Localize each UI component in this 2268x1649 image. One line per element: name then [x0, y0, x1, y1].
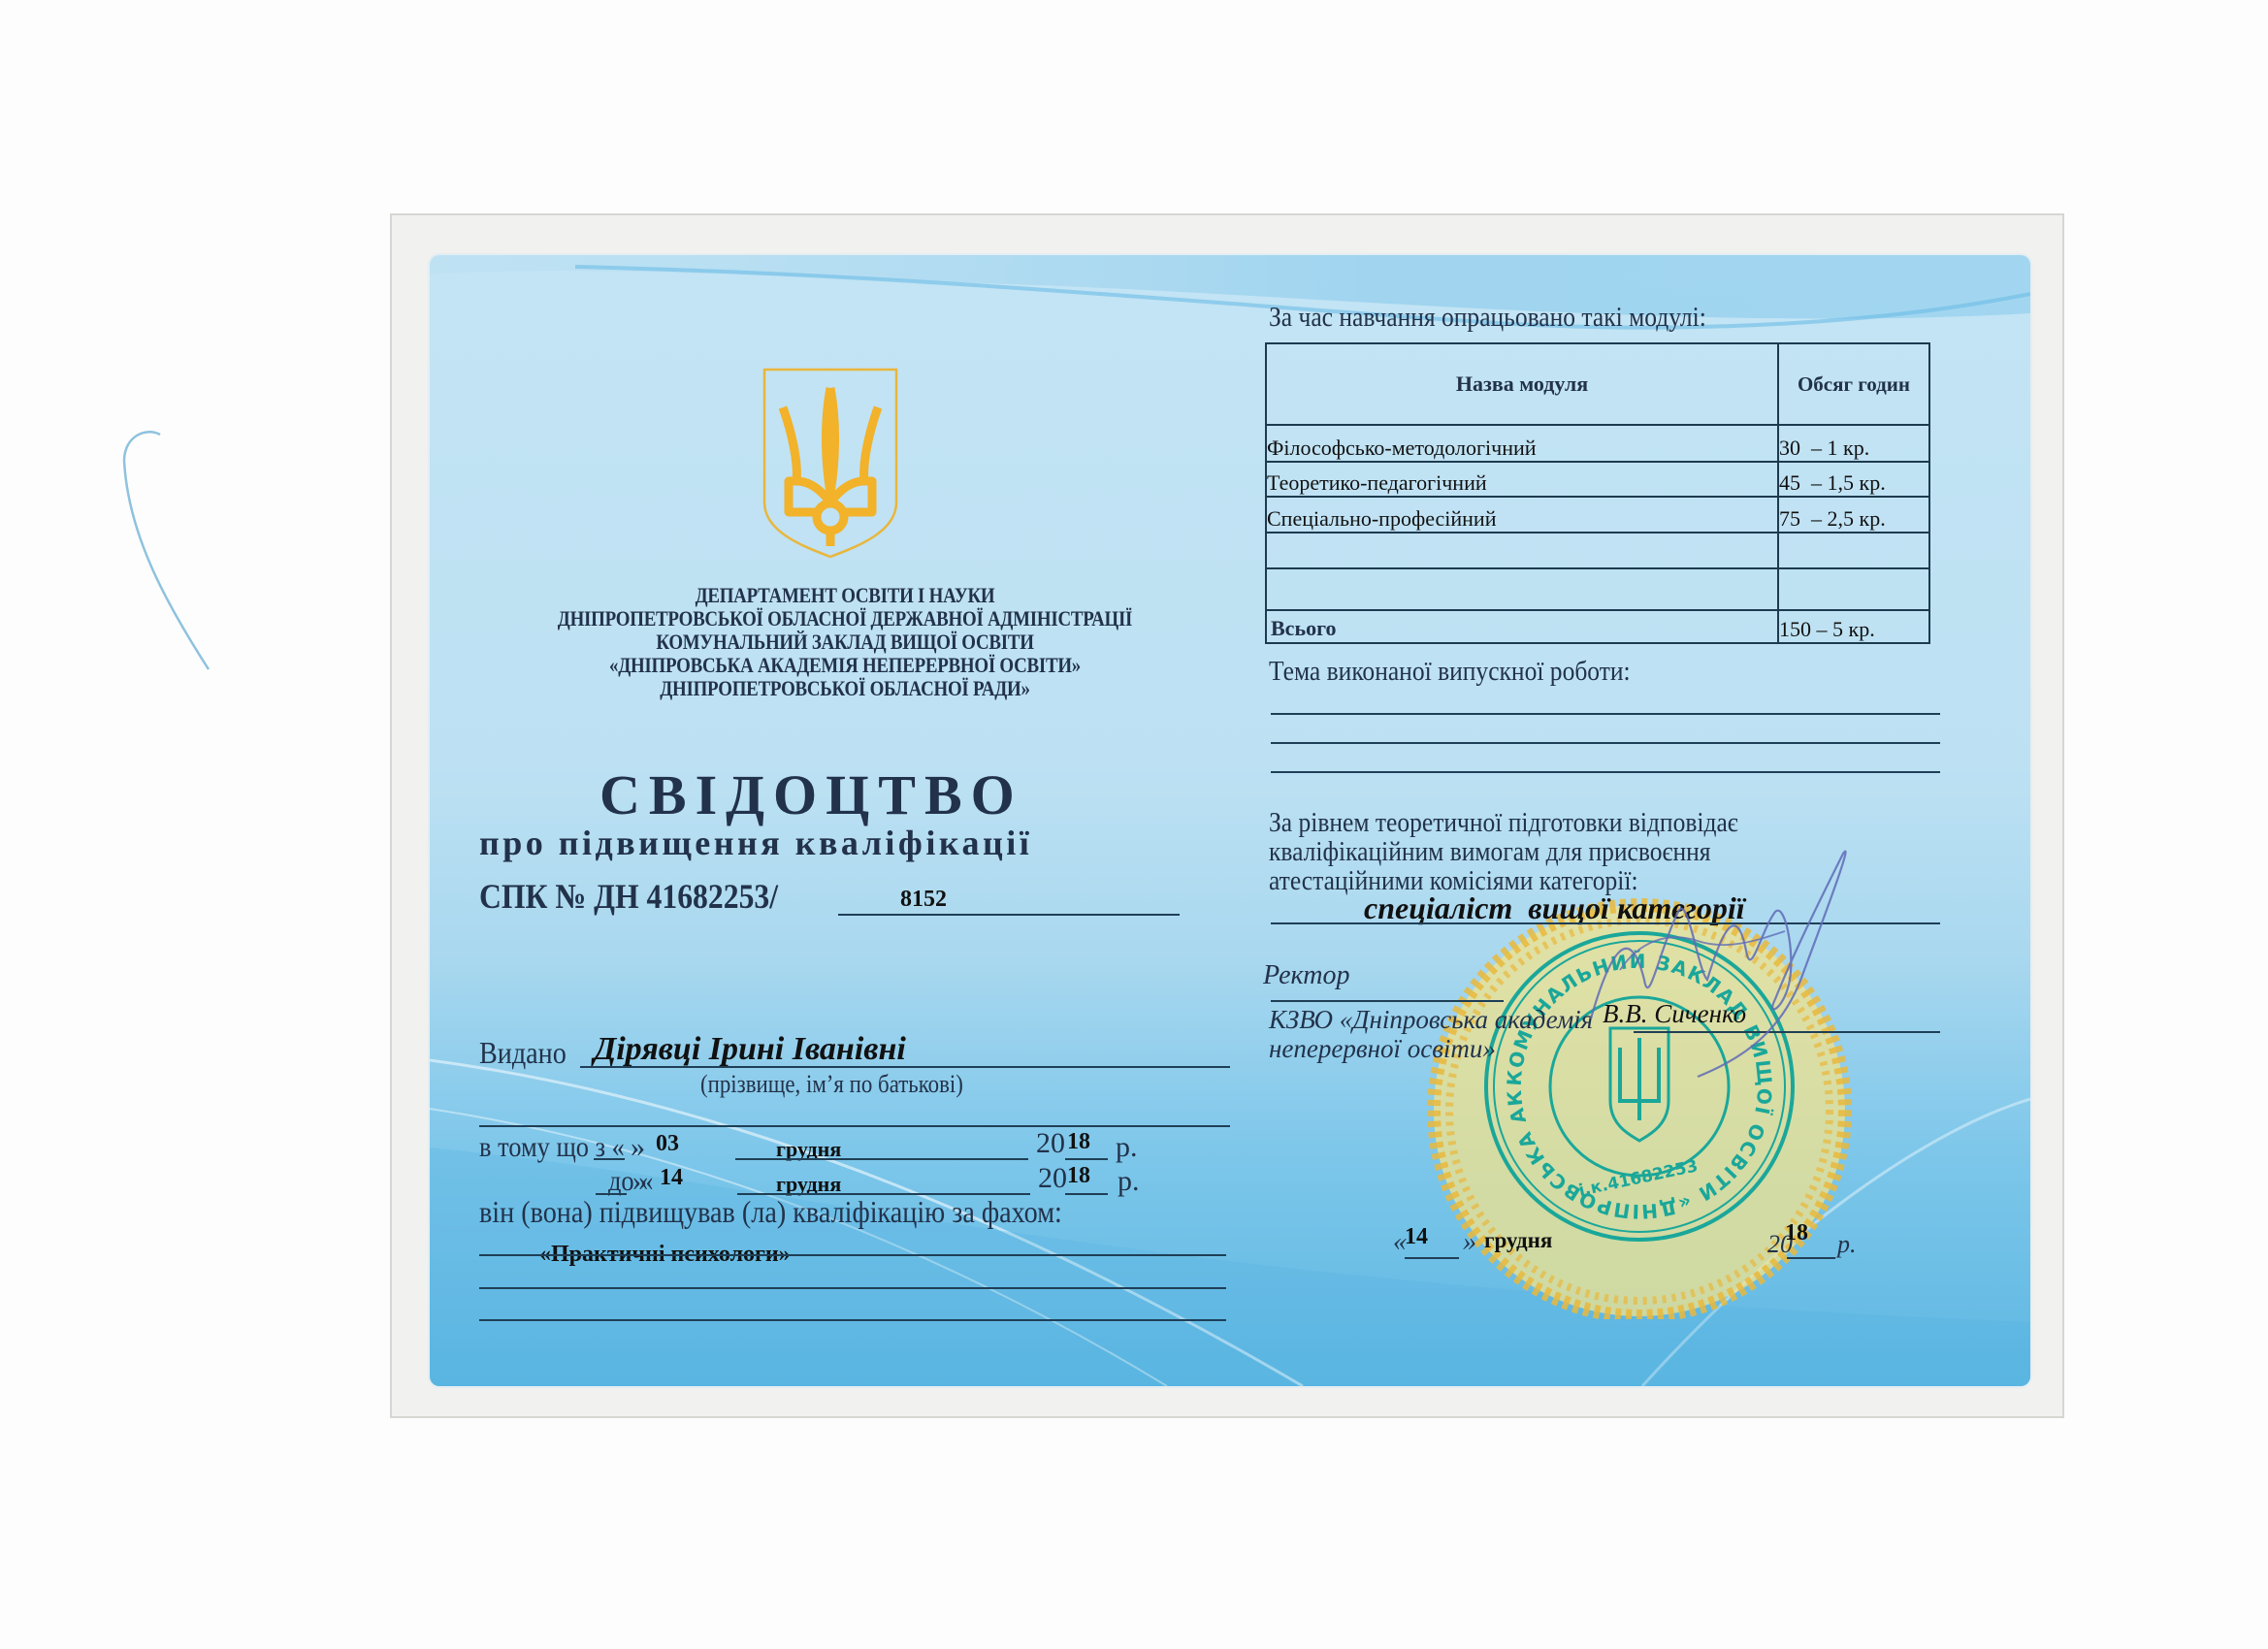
blank-line — [479, 1125, 1230, 1127]
period-from-year-underline — [1065, 1158, 1108, 1160]
issued-label: Видано — [479, 1035, 567, 1071]
specialty-line-1 — [479, 1254, 1226, 1256]
table-row — [1266, 533, 1929, 568]
module-hours: 75 – 2,5 кр. — [1778, 497, 1929, 533]
issue-date-year-unit: р. — [1837, 1230, 1857, 1259]
period-to-year-unit: р. — [1118, 1165, 1140, 1198]
thesis-line-3 — [1271, 771, 1940, 773]
module-hours — [1778, 533, 1929, 568]
signatory-org-line-1: КЗВО «Дніпровська академія — [1269, 1005, 1593, 1035]
issue-date-year-suffix: 18 — [1785, 1220, 1808, 1246]
issuer-header-line-1: ДЕПАРТАМЕНТ ОСВІТИ І НАУКИ — [531, 585, 1159, 606]
modules-header-name: Назва модуля — [1266, 343, 1778, 425]
issue-date-year-underline — [1787, 1257, 1835, 1259]
period-from-year-suffix: 18 — [1067, 1129, 1090, 1155]
issued-to-name: Дірявці Ірині Іванівні — [594, 1031, 906, 1068]
period-from-day-underline — [594, 1158, 625, 1160]
table-row: Теоретико-педагогічний 45 – 1,5 кр. — [1266, 462, 1929, 497]
modules-intro: За час навчання опрацьовано такі модулі: — [1269, 302, 1706, 334]
period-to-year-suffix: 18 — [1067, 1163, 1090, 1189]
period-from-year-unit: р. — [1116, 1131, 1138, 1164]
certificate-subtitle: про підвищення кваліфікації — [479, 823, 1032, 863]
issue-date-month: грудня — [1484, 1228, 1552, 1253]
issue-date-day-underline — [1405, 1257, 1459, 1259]
issuer-header-line-3: КОМУНАЛЬНИЙ ЗАКЛАД ВИЩОЇ ОСВІТИ — [531, 631, 1159, 653]
table-row: Філософсько-методологічний 30 – 1 кр. — [1266, 425, 1929, 462]
specialty-line-3 — [479, 1319, 1226, 1321]
module-hours: 45 – 1,5 кр. — [1778, 462, 1929, 497]
rector-signature — [1552, 834, 1863, 1086]
certificate-title: СВІДОЦТВО — [599, 762, 1023, 827]
thesis-line-2 — [1271, 742, 1940, 744]
modules-header-hours: Обсяг годин — [1778, 343, 1929, 425]
issued-to-underline — [580, 1066, 1230, 1068]
specialty-line-2 — [479, 1287, 1226, 1289]
thesis-line-1 — [1271, 713, 1940, 715]
period-to-year-prefix: 20 — [1038, 1162, 1067, 1195]
issue-date-day: 14 — [1405, 1224, 1428, 1250]
period-from-year-prefix: 20 — [1036, 1127, 1065, 1160]
table-row: Спеціально-професійний 75 – 2,5 кр. — [1266, 497, 1929, 533]
period-to-close-quote: » — [632, 1165, 647, 1198]
period-to-day: 14 — [660, 1165, 683, 1191]
signatory-title: Ректор — [1263, 960, 1349, 991]
issuer-header-line-5: ДНІПРОПЕТРОВСЬКОЇ ОБЛАСНОЇ РАДИ» — [531, 678, 1159, 699]
module-hours: 30 – 1 кр. — [1778, 425, 1929, 462]
total-value: 150 – 5 кр. — [1778, 610, 1929, 643]
period-to-year-underline — [1065, 1193, 1108, 1195]
module-hours — [1778, 568, 1929, 610]
signatory-org-line-2: неперервної освіти» — [1269, 1034, 1496, 1064]
issuer-header-line-2: ДНІПРОПЕТРОВСЬКОЇ ОБЛАСНОЇ ДЕРЖАВНОЇ АДМ… — [531, 608, 1159, 630]
certificate-number-label: СПК № ДН 41682253/ — [479, 876, 778, 917]
period-from-month-underline — [735, 1158, 1028, 1160]
pen-mark — [107, 417, 252, 698]
issue-date-close-quote: » — [1463, 1227, 1476, 1258]
module-name — [1266, 533, 1778, 568]
period-from-close-quote: » — [631, 1131, 645, 1164]
certificate-number-value: 8152 — [900, 887, 947, 913]
modules-table: Назва модуля Обсяг годин Філософсько-мет… — [1265, 342, 1930, 644]
module-name: Теоретико-педагогічний — [1266, 462, 1778, 497]
trident-coat-of-arms-icon — [761, 367, 899, 559]
issuer-header-line-4: «ДНІПРОВСЬКА АКАДЕМІЯ НЕПЕРЕРВНОЇ ОСВІТИ… — [531, 655, 1159, 676]
module-name — [1266, 568, 1778, 610]
table-row — [1266, 568, 1929, 610]
table-total-row: Всього 150 – 5 кр. — [1266, 610, 1929, 643]
signatory-title-underline — [1271, 1000, 1504, 1002]
module-name: Спеціально-професійний — [1266, 497, 1778, 533]
certificate-number-underline — [838, 914, 1180, 916]
issued-to-caption: (прізвище, ім’я по батькові) — [700, 1070, 963, 1099]
period-from-day: 03 — [656, 1131, 679, 1157]
module-name: Філософсько-методологічний — [1266, 425, 1778, 462]
total-label: Всього — [1266, 610, 1778, 643]
thesis-label: Тема виконаної випускної роботи: — [1269, 656, 1631, 688]
specialty-label: він (вона) підвищував (ла) кваліфікацію … — [479, 1194, 1062, 1230]
